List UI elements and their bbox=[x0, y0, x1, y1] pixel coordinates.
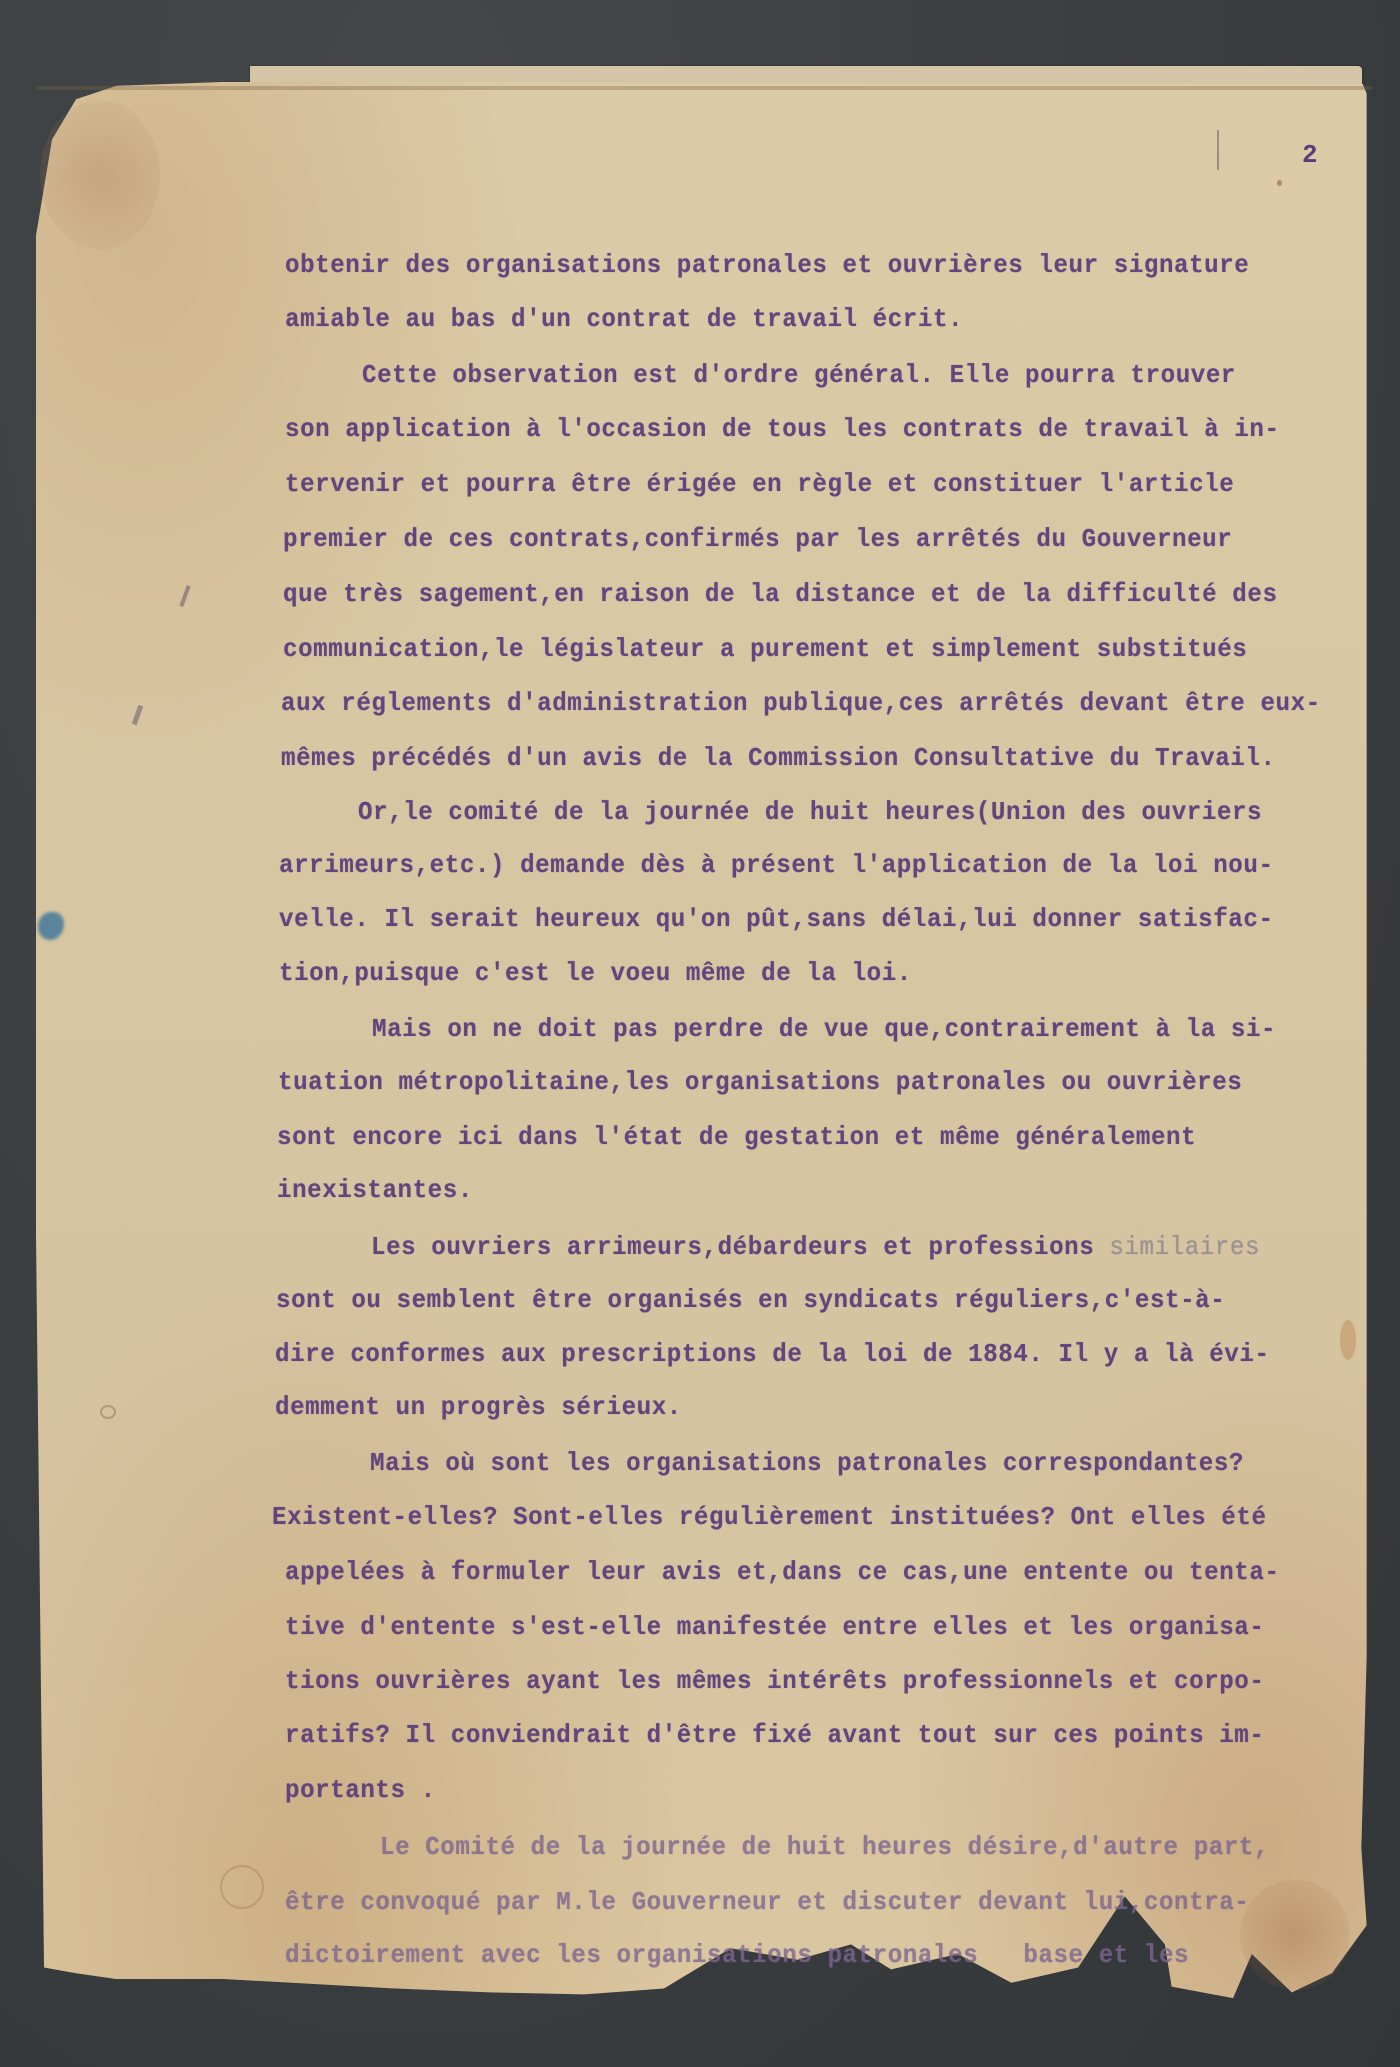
text-line: inexistantes. bbox=[277, 1175, 473, 1205]
text-line: appelées à formuler leur avis et,dans ce… bbox=[285, 1557, 1280, 1587]
text-line: Mais où sont les organisations patronale… bbox=[370, 1448, 1244, 1478]
text-line: dictoirement avec les organisations patr… bbox=[285, 1940, 1189, 1970]
text-line: Or,le comité de la journée de huit heure… bbox=[358, 797, 1262, 827]
text-line: demment un progrès sérieux. bbox=[275, 1392, 682, 1422]
text-line: Mais on ne doit pas perdre de vue que,co… bbox=[372, 1014, 1276, 1044]
faint-overtyped-word: similaires bbox=[1109, 1232, 1260, 1262]
text-line: mêmes précédés d'un avis de la Commissio… bbox=[281, 743, 1276, 773]
text-line: Cette observation est d'ordre général. E… bbox=[362, 360, 1236, 390]
text-line: dire conformes aux prescriptions de la l… bbox=[275, 1339, 1270, 1369]
text-line: portants . bbox=[285, 1775, 436, 1805]
text-line: son application à l'occasion de tous les… bbox=[285, 414, 1280, 444]
text-line: Le Comité de la journée de huit heures d… bbox=[380, 1832, 1269, 1862]
text-line: tions ouvrières ayant les mêmes intérêts… bbox=[285, 1666, 1264, 1696]
text-line: que très sagement,en raison de la distan… bbox=[283, 579, 1278, 609]
page-top-fold-line bbox=[36, 86, 1372, 90]
text-line: premier de ces contrats,confirmés par le… bbox=[283, 524, 1232, 554]
text-line: Les ouvriers arrimeurs,débardeurs et pro… bbox=[371, 1232, 1260, 1262]
text-line: Existent-elles? Sont-elles régulièrement… bbox=[272, 1502, 1267, 1532]
text-line: tuation métropolitaine,les organisations… bbox=[278, 1067, 1242, 1097]
text-line: sont ou semblent être organisés en syndi… bbox=[276, 1285, 1225, 1315]
text-line: être convoqué par M.le Gouverneur et dis… bbox=[285, 1887, 1249, 1917]
text-line: aux réglements d'administration publique… bbox=[281, 688, 1321, 718]
text-line: amiable au bas d'un contrat de travail é… bbox=[285, 304, 963, 334]
pencil-mark bbox=[1217, 130, 1219, 170]
text-line: tion,puisque c'est le voeu même de la lo… bbox=[279, 958, 912, 988]
text-line: communication,le législateur a purement … bbox=[283, 634, 1247, 664]
text-line: sont encore ici dans l'état de gestation… bbox=[277, 1122, 1196, 1152]
text-line: tive d'entente s'est-elle manifestée ent… bbox=[285, 1612, 1264, 1642]
text-line: velle. Il serait heureux qu'on pût,sans … bbox=[279, 904, 1274, 934]
page-number: 2 bbox=[1302, 140, 1318, 170]
text-line: obtenir des organisations patronales et … bbox=[285, 250, 1249, 280]
text-line: arrimeurs,etc.) demande dès à présent l'… bbox=[279, 850, 1274, 880]
text-line: ratifs? Il conviendrait d'être fixé avan… bbox=[285, 1720, 1264, 1750]
text-line: tervenir et pourra être érigée en règle … bbox=[285, 469, 1234, 499]
